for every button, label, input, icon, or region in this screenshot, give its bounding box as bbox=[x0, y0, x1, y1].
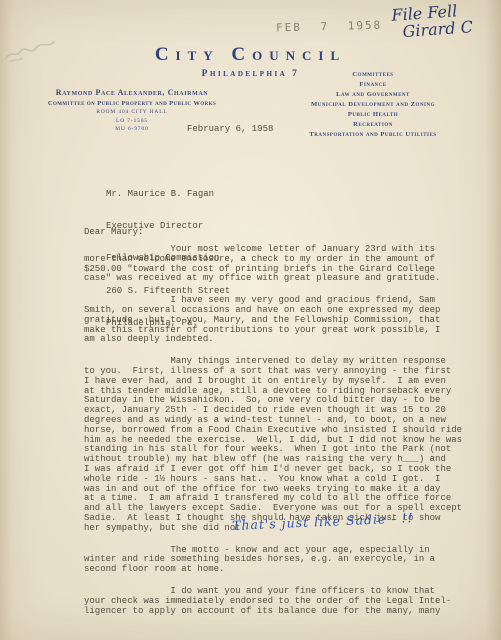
salutation: Dear Maury: bbox=[84, 227, 143, 237]
body-paragraph: I do want you and your fine officers to … bbox=[84, 587, 492, 616]
letterhead-committees-block: Committees Finance Law and Government Mu… bbox=[262, 70, 484, 140]
handwritten-filing-note: File Fell Girard C bbox=[391, 1, 473, 41]
committee-item: Recreation bbox=[262, 120, 484, 130]
body-paragraph: The motto - know and act your age, espec… bbox=[84, 546, 492, 575]
letter-body: Your most welcome letter of January 23rd… bbox=[84, 245, 492, 628]
body-paragraph: Your most welcome letter of January 23rd… bbox=[84, 245, 492, 284]
committee-item: Public Health bbox=[262, 110, 484, 120]
committee-item: Transportation and Public Utilities bbox=[262, 130, 484, 140]
office-room: Room 404 City Hall bbox=[26, 109, 238, 115]
body-paragraph: I have seen my very good and gracious fr… bbox=[84, 296, 492, 345]
handwritten-filing-note-line2: Girard C bbox=[402, 18, 473, 40]
chairman-committee: Committee on Public Property and Public … bbox=[26, 100, 238, 107]
committee-item: Finance bbox=[262, 80, 484, 90]
committees-header: Committees bbox=[262, 70, 484, 80]
letter-date: February 6, 1958 bbox=[187, 124, 273, 134]
received-date-stamp: FEB 7 1958 bbox=[276, 19, 383, 35]
recipient-name: Mr. Maurice B. Fagan bbox=[106, 189, 230, 200]
chairman-name: Raymond Pace Alexander, Chairman bbox=[26, 88, 238, 97]
letterhead-title: City Council bbox=[0, 44, 501, 66]
committee-item: Municipal Development and Zoning bbox=[262, 100, 484, 110]
phone-number-1: LO 7-1565 bbox=[26, 118, 238, 124]
body-paragraph: Many things intervened to delay my writt… bbox=[84, 357, 492, 533]
committee-item: Law and Government bbox=[262, 90, 484, 100]
scanned-letter-page: FEB 7 1958 File Fell Girard C City Counc… bbox=[0, 0, 501, 640]
